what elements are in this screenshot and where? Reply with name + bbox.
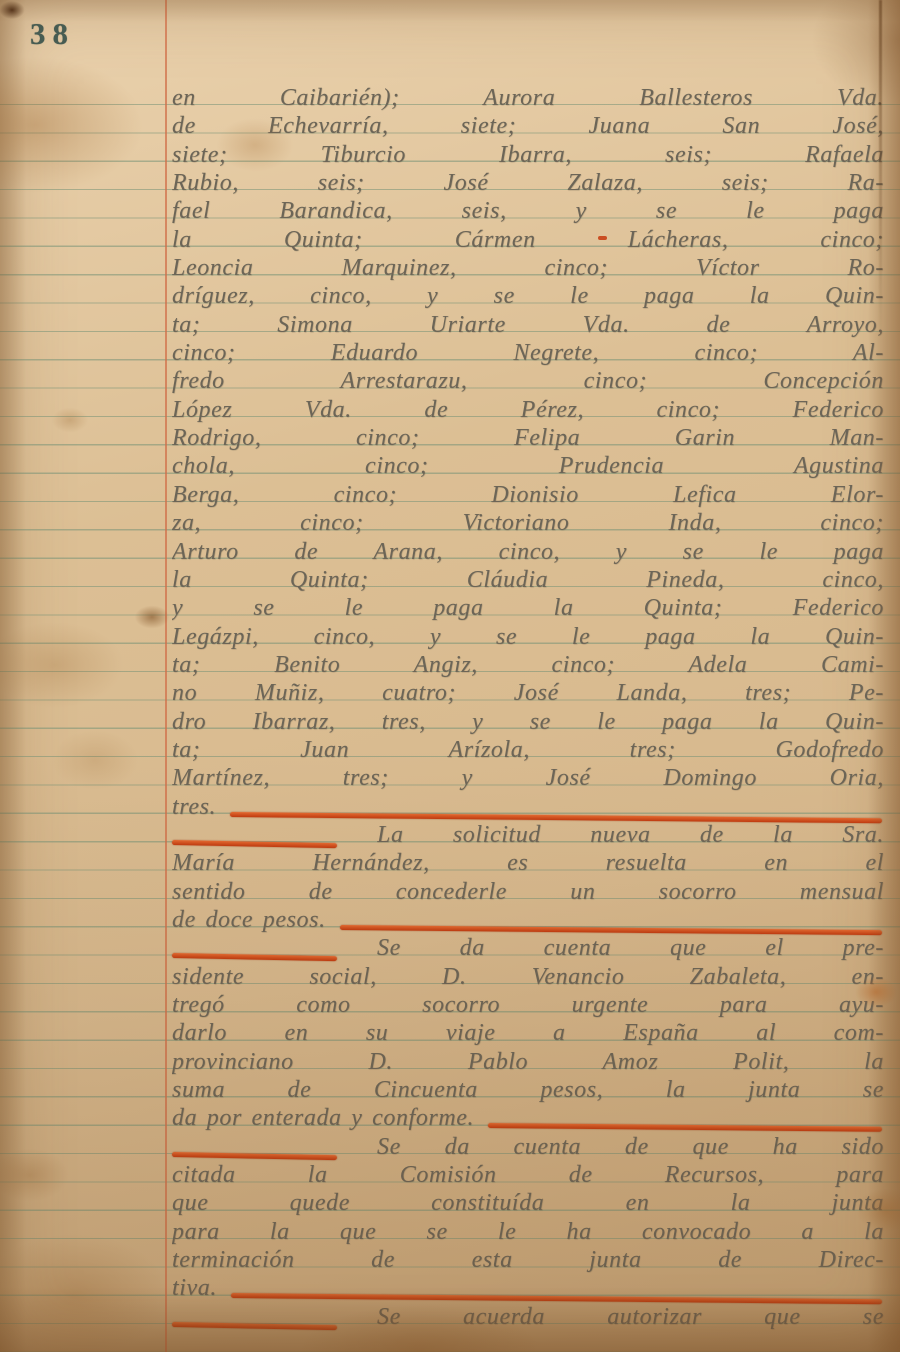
- manuscript-line: Se acuerda autorizar que se: [172, 1303, 884, 1331]
- red-underline: [488, 1123, 882, 1131]
- manuscript-line: Se da cuenta de que ha sido: [172, 1133, 884, 1161]
- manuscript-line-text: ta; Benito Angiz, cinco; Adela Cami-: [172, 651, 884, 679]
- manuscript-line: de doce pesos.: [172, 906, 884, 934]
- manuscript-line-text: dro Ibarraz, tres, y se le paga la Quin-: [172, 708, 884, 736]
- manuscript-line: dro Ibarraz, tres, y se le paga la Quin-: [172, 708, 884, 736]
- manuscript-line-text: Se acuerda autorizar que se: [377, 1303, 884, 1331]
- manuscript-line-text: ta; Juan Arízola, tres; Godofredo: [172, 736, 884, 764]
- manuscript-line-text: citada la Comisión de Recursos, para: [172, 1161, 884, 1189]
- manuscript-line: fael Barandica, seis, y se le paga: [172, 197, 884, 225]
- manuscript-line-text: tiva.: [172, 1274, 217, 1302]
- manuscript-page: 38 en Caibarién); Aurora Ballesteros Vda…: [0, 0, 900, 1352]
- manuscript-line: la Quinta; Cármen Lácheras, cinco;: [172, 226, 884, 254]
- manuscript-line: terminación de esta junta de Direc-: [172, 1246, 884, 1274]
- manuscript-line: no Muñiz, cuatro; José Landa, tres; Pe-: [172, 679, 884, 707]
- manuscript-line: siete; Tiburcio Ibarra, seis; Rafaela: [172, 141, 884, 169]
- manuscript-line: citada la Comisión de Recursos, para: [172, 1161, 884, 1189]
- manuscript-line-text: terminación de esta junta de Direc-: [172, 1246, 884, 1274]
- manuscript-line-text: cinco; Eduardo Negrete, cinco; Al-: [172, 339, 884, 367]
- manuscript-line: fredo Arrestarazu, cinco; Concepción: [172, 367, 884, 395]
- manuscript-line: la Quinta; Cláudia Pineda, cinco,: [172, 566, 884, 594]
- manuscript-line: ta; Juan Arízola, tres; Godofredo: [172, 736, 884, 764]
- manuscript-line-text: Rubio, seis; José Zalaza, seis; Ra-: [172, 169, 884, 197]
- red-underline: [172, 1152, 337, 1160]
- manuscript-line: en Caibarién); Aurora Ballesteros Vda.: [172, 84, 884, 112]
- manuscript-line: Martínez, tres; y José Domingo Oria,: [172, 764, 884, 792]
- manuscript-line: y se le paga la Quinta; Federico: [172, 594, 884, 622]
- manuscript-line-text: ta; Simona Uriarte Vda. de Arroyo,: [172, 311, 884, 339]
- manuscript-line-text: tres.: [172, 793, 216, 821]
- manuscript-line-text: de doce pesos.: [172, 906, 326, 934]
- manuscript-line: La solicitud nueva de la Sra.: [172, 821, 884, 849]
- manuscript-line: tregó como socorro urgente para ayu-: [172, 991, 884, 1019]
- manuscript-line: Rodrigo, cinco; Felipa Garin Man-: [172, 424, 884, 452]
- manuscript-line-text: y se le paga la Quinta; Federico: [172, 594, 884, 622]
- manuscript-line-text: La solicitud nueva de la Sra.: [377, 821, 884, 849]
- manuscript-line: provinciano D. Pablo Amoz Polit, la: [172, 1048, 884, 1076]
- manuscript-line-text: Arturo de Arana, cinco, y se le paga: [172, 538, 884, 566]
- manuscript-line: para la que se le ha convocado a la: [172, 1218, 884, 1246]
- manuscript-line: sentido de concederle un socorro mensual: [172, 878, 884, 906]
- manuscript-line-text: López Vda. de Pérez, cinco; Federico: [172, 396, 884, 424]
- manuscript-line: de Echevarría, siete; Juana San José,: [172, 112, 884, 140]
- manuscript-line-text: sidente social, D. Venancio Zabaleta, en…: [172, 963, 884, 991]
- manuscript-line: ta; Simona Uriarte Vda. de Arroyo,: [172, 311, 884, 339]
- manuscript-line: tiva.: [172, 1274, 884, 1302]
- manuscript-line: Leoncia Marquinez, cinco; Víctor Ro-: [172, 254, 884, 282]
- manuscript-line: ta; Benito Angiz, cinco; Adela Cami-: [172, 651, 884, 679]
- manuscript-line: María Hernández, es resuelta en el: [172, 849, 884, 877]
- manuscript-line-text: za, cinco; Victoriano Inda, cinco;: [172, 509, 884, 537]
- manuscript-line-text: Legázpi, cinco, y se le paga la Quin-: [172, 623, 884, 651]
- red-margin-line: [165, 0, 167, 1352]
- manuscript-line-text: provinciano D. Pablo Amoz Polit, la: [172, 1048, 884, 1076]
- manuscript-line-text: para la que se le ha convocado a la: [172, 1218, 884, 1246]
- manuscript-line: da por enterada y conforme.: [172, 1104, 884, 1132]
- manuscript-line-text: de Echevarría, siete; Juana San José,: [172, 112, 884, 140]
- red-underline: [340, 925, 882, 935]
- manuscript-line-text: Se da cuenta de que ha sido: [377, 1133, 884, 1161]
- manuscript-line-text: la Quinta; Cármen Lácheras, cinco;: [172, 226, 884, 254]
- manuscript-line-text: Leoncia Marquinez, cinco; Víctor Ro-: [172, 254, 884, 282]
- page-number: 38: [30, 16, 75, 52]
- manuscript-line: cinco; Eduardo Negrete, cinco; Al-: [172, 339, 884, 367]
- manuscript-line-text: fael Barandica, seis, y se le paga: [172, 197, 884, 225]
- manuscript-line-text: no Muñiz, cuatro; José Landa, tres; Pe-: [172, 679, 884, 707]
- page-edge-crease: [879, 0, 882, 335]
- manuscript-line-text: Berga, cinco; Dionisio Lefica Elor-: [172, 481, 884, 509]
- manuscript-line-text: chola, cinco; Prudencia Agustina: [172, 452, 884, 480]
- manuscript-line: Rubio, seis; José Zalaza, seis; Ra-: [172, 169, 884, 197]
- red-underline: [172, 953, 337, 961]
- manuscript-line-text: que quede constituída en la junta: [172, 1189, 884, 1217]
- manuscript-line: que quede constituída en la junta: [172, 1189, 884, 1217]
- manuscript-line: suma de Cincuenta pesos, la junta se: [172, 1076, 884, 1104]
- manuscript-line-text: la Quinta; Cláudia Pineda, cinco,: [172, 566, 884, 594]
- manuscript-line-text: tregó como socorro urgente para ayu-: [172, 991, 884, 1019]
- manuscript-line: dríguez, cinco, y se le paga la Quin-: [172, 282, 884, 310]
- manuscript-line: López Vda. de Pérez, cinco; Federico: [172, 396, 884, 424]
- manuscript-line-text: suma de Cincuenta pesos, la junta se: [172, 1076, 884, 1104]
- red-underline: [172, 840, 337, 848]
- manuscript-line: sidente social, D. Venancio Zabaleta, en…: [172, 963, 884, 991]
- manuscript-line-text: en Caibarién); Aurora Ballesteros Vda.: [172, 84, 884, 112]
- manuscript-line-text: Rodrigo, cinco; Felipa Garin Man-: [172, 424, 884, 452]
- manuscript-line: tres.: [172, 793, 884, 821]
- red-ink-speck: [598, 236, 607, 240]
- manuscript-line: Se da cuenta que el pre-: [172, 934, 884, 962]
- manuscript-line-text: Se da cuenta que el pre-: [377, 934, 884, 962]
- manuscript-line-text: siete; Tiburcio Ibarra, seis; Rafaela: [172, 141, 884, 169]
- manuscript-line-text: dríguez, cinco, y se le paga la Quin-: [172, 282, 884, 310]
- manuscript-line: Arturo de Arana, cinco, y se le paga: [172, 538, 884, 566]
- manuscript-line-text: Martínez, tres; y José Domingo Oria,: [172, 764, 884, 792]
- manuscript-line: za, cinco; Victoriano Inda, cinco;: [172, 509, 884, 537]
- manuscript-line: darlo en su viaje a España al com-: [172, 1019, 884, 1047]
- manuscript-line-text: da por enterada y conforme.: [172, 1104, 474, 1132]
- manuscript-line: Berga, cinco; Dionisio Lefica Elor-: [172, 481, 884, 509]
- manuscript-line-text: darlo en su viaje a España al com-: [172, 1019, 884, 1047]
- manuscript-line-text: María Hernández, es resuelta en el: [172, 849, 884, 877]
- manuscript-line-text: fredo Arrestarazu, cinco; Concepción: [172, 367, 884, 395]
- red-underline: [172, 1322, 337, 1330]
- handwritten-text: en Caibarién); Aurora Ballesteros Vda.de…: [172, 84, 884, 1331]
- manuscript-line: chola, cinco; Prudencia Agustina: [172, 452, 884, 480]
- manuscript-line-text: sentido de concederle un socorro mensual: [172, 878, 884, 906]
- manuscript-line: Legázpi, cinco, y se le paga la Quin-: [172, 623, 884, 651]
